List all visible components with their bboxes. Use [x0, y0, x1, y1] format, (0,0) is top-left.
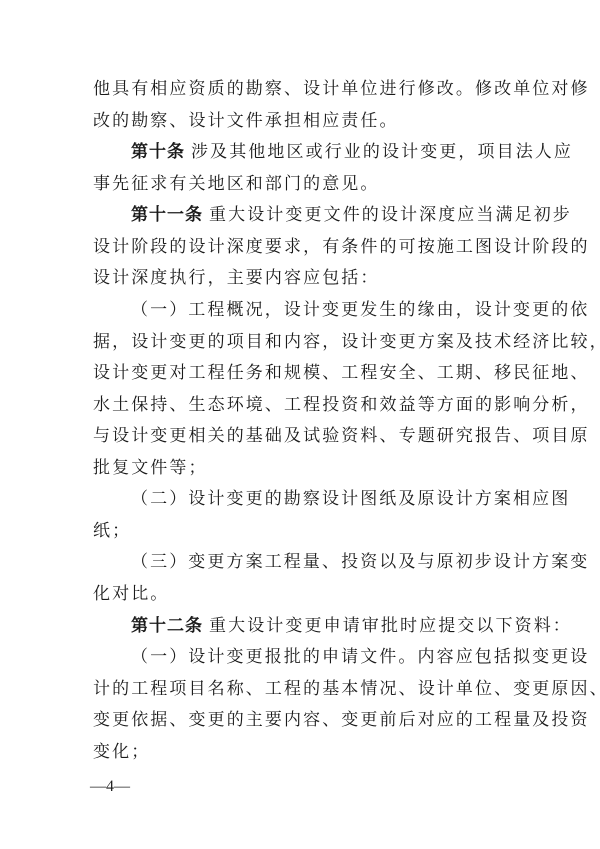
list-item-line: （二）设计变更的勘察设计图纸及原设计方案相应图 [93, 484, 513, 516]
list-item-line: （三）变更方案工程量、投资以及与原初步设计方案变 [93, 547, 513, 579]
text-line: 设计变更对工程任务和规模、工程安全、工期、移民征地、 [93, 358, 513, 390]
text-line: 改的勘察、设计文件承担相应责任。 [93, 106, 513, 138]
text-line: 变更依据、变更的主要内容、变更前后对应的工程量及投资 [93, 705, 513, 737]
article-11-line: 第十一条重大设计变更文件的设计深度应当满足初步 [93, 200, 513, 232]
document-page: 他具有相应资质的勘察、设计单位进行修改。修改单位对修 改的勘察、设计文件承担相应… [0, 0, 600, 849]
article-10-line: 第十条涉及其他地区或行业的设计变更，项目法人应 [93, 137, 513, 169]
text-line: 事先征求有关地区和部门的意见。 [93, 169, 513, 201]
article-number: 第十二条 [131, 616, 203, 636]
article-number: 第十一条 [131, 205, 203, 225]
page-number: —4— [90, 778, 130, 796]
article-text: 重大设计变更文件的设计深度应当满足初步 [209, 205, 572, 225]
list-item-line: （一）工程概况，设计变更发生的缘由，设计变更的依 [93, 295, 513, 327]
text-line: 设计阶段的设计深度要求，有条件的可按施工图设计阶段的 [93, 232, 513, 264]
body-text: 他具有相应资质的勘察、设计单位进行修改。修改单位对修 改的勘察、设计文件承担相应… [93, 74, 513, 768]
text-line: 批复文件等； [93, 453, 513, 485]
article-text: 重大设计变更申请审批时应提交以下资料： [209, 616, 572, 636]
text-line: 据，设计变更的项目和内容，设计变更方案及技术经济比较， [93, 327, 513, 359]
article-text: 涉及其他地区或行业的设计变更，项目法人应 [191, 142, 573, 162]
article-12-line: 第十二条重大设计变更申请审批时应提交以下资料： [93, 611, 513, 643]
text-line: 化对比。 [93, 579, 513, 611]
article-number: 第十条 [131, 142, 185, 162]
text-line: 水土保持、生态环境、工程投资和效益等方面的影响分析， [93, 390, 513, 422]
text-line: 纸； [93, 516, 513, 548]
text-line: 计的工程项目名称、工程的基本情况、设计单位、变更原因、 [93, 674, 513, 706]
text-line: 变化； [93, 737, 513, 769]
text-line: 设计深度执行，主要内容应包括： [93, 263, 513, 295]
text-line: 他具有相应资质的勘察、设计单位进行修改。修改单位对修 [93, 74, 513, 106]
text-line: 与设计变更相关的基础及试验资料、专题研究报告、项目原 [93, 421, 513, 453]
list-item-line: （一）设计变更报批的申请文件。内容应包括拟变更设 [93, 642, 513, 674]
